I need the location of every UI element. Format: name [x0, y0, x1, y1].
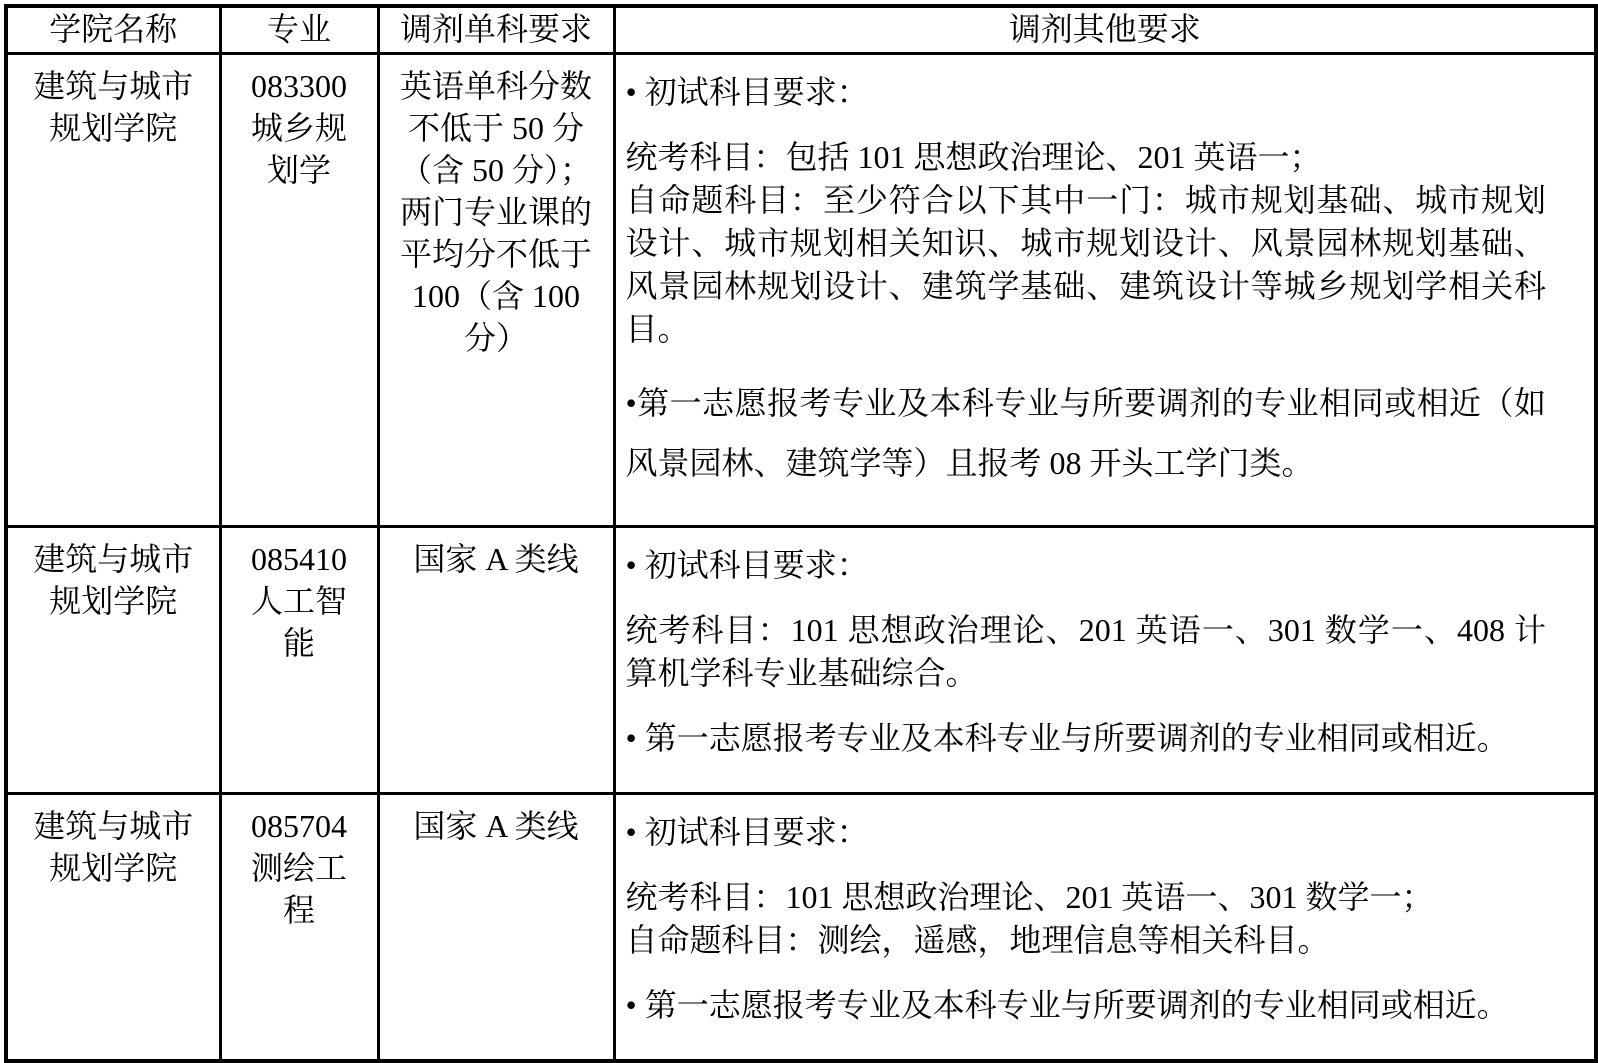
requirement-item: • 初试科目要求： — [626, 811, 1547, 854]
header-major: 专业 — [220, 6, 378, 54]
major-cell: 085704 测绘工 程 — [220, 794, 378, 1062]
document-page: 学院名称 专业 调剂单科要求 调剂其他要求 建筑与城市 规划学院 083300 … — [0, 0, 1598, 1005]
other-requirements-cell: • 初试科目要求： 统考科目：101 思想政治理论、201 英语一、301 数学… — [614, 794, 1596, 1062]
table-row: 建筑与城市 规划学院 083300 城乡规 划学 英语单科分数 不低于 50 分… — [6, 54, 1596, 527]
requirement-item: • 第一志愿报考专业及本科专业与所要调剂的专业相同或相近。 — [626, 717, 1547, 760]
requirement-item: • 初试科目要求： — [626, 544, 1547, 587]
single-subject-requirement-cell: 国家 A 类线 — [378, 794, 614, 1062]
header-other-requirements: 调剂其他要求 — [614, 6, 1596, 54]
requirement-item: 统考科目：101 思想政治理论、201 英语一、301 数学一、408 计算机学… — [626, 609, 1547, 695]
other-requirements-cell: • 初试科目要求： 统考科目：101 思想政治理论、201 英语一、301 数学… — [614, 527, 1596, 794]
college-name-cell: 建筑与城市 规划学院 — [6, 54, 220, 527]
requirement-item: •第一志愿报考专业及本科专业与所要调剂的专业相同或相近（如风景园林、建筑学等）且… — [626, 373, 1547, 493]
header-row: 学院名称 专业 调剂单科要求 调剂其他要求 — [6, 6, 1596, 54]
single-subject-requirement-cell: 英语单科分数 不低于 50 分 （含 50 分）； 两门专业课的 平均分不低于 … — [378, 54, 614, 527]
major-cell: 083300 城乡规 划学 — [220, 54, 378, 527]
requirement-item: 统考科目：包括 101 思想政治理论、201 英语一； 自命题科目：至少符合以下… — [626, 136, 1547, 351]
table-row: 建筑与城市 规划学院 085410 人工智 能 国家 A 类线 • 初试科目要求… — [6, 527, 1596, 794]
requirement-item: • 初试科目要求： — [626, 71, 1547, 114]
other-requirements-cell: • 初试科目要求： 统考科目：包括 101 思想政治理论、201 英语一； 自命… — [614, 54, 1596, 527]
transfer-requirements-table: 学院名称 专业 调剂单科要求 调剂其他要求 建筑与城市 规划学院 083300 … — [4, 4, 1598, 1063]
requirement-item: 统考科目：101 思想政治理论、201 英语一、301 数学一； 自命题科目：测… — [626, 876, 1547, 962]
college-name-cell: 建筑与城市 规划学院 — [6, 794, 220, 1062]
single-subject-requirement-cell: 国家 A 类线 — [378, 527, 614, 794]
header-college-name: 学院名称 — [6, 6, 220, 54]
college-name-cell: 建筑与城市 规划学院 — [6, 527, 220, 794]
header-single-subject-requirement: 调剂单科要求 — [378, 6, 614, 54]
requirement-item: • 第一志愿报考专业及本科专业与所要调剂的专业相同或相近。 — [626, 984, 1547, 1027]
table-row: 建筑与城市 规划学院 085704 测绘工 程 国家 A 类线 • 初试科目要求… — [6, 794, 1596, 1062]
major-cell: 085410 人工智 能 — [220, 527, 378, 794]
